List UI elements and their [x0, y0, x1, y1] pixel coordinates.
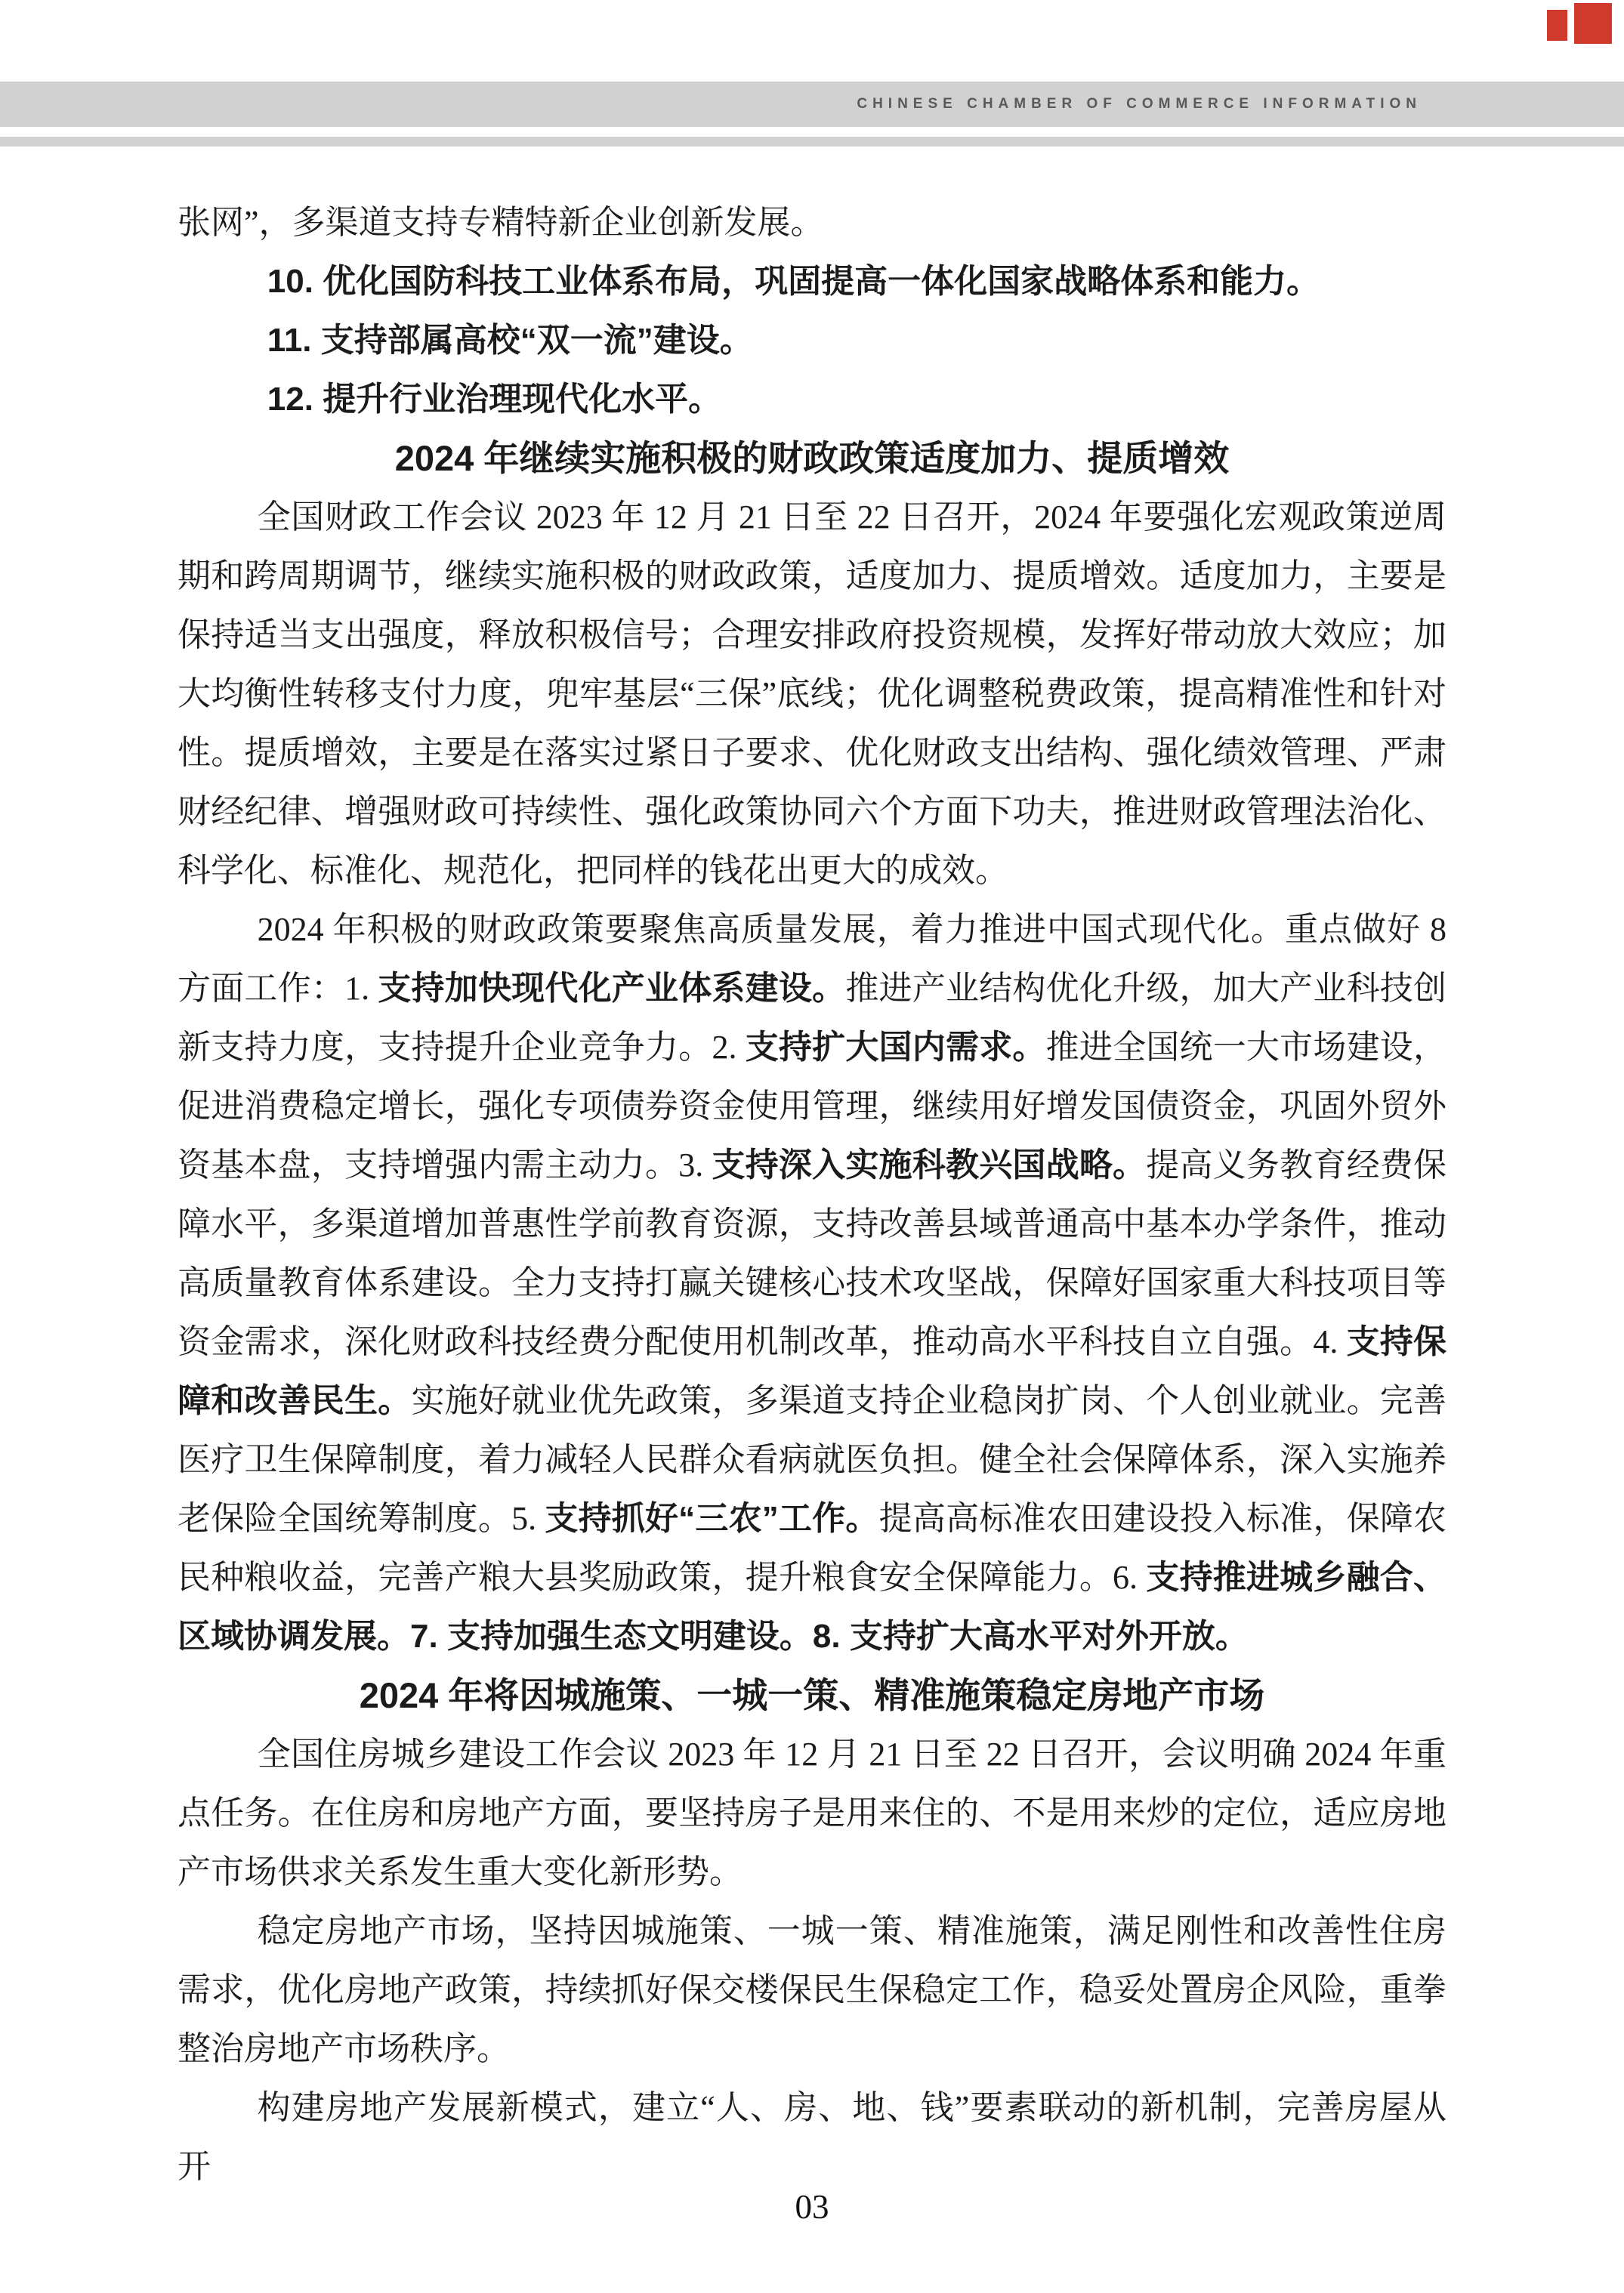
paragraph-fiscal-2: 2024 年积极的财政政策要聚焦高质量发展，着力推进中国式现代化。重点做好 8 … — [178, 900, 1446, 1666]
continued-paragraph: 张网”，多渠道支持专精特新企业创新发展。 — [178, 193, 1446, 252]
paragraph-realestate-2: 稳定房地产市场，坚持因城施策、一城一策、精准施策，满足刚性和改善性住房需求，优化… — [178, 1902, 1446, 2079]
list-item-12: 12. 提升行业治理现代化水平。 — [178, 370, 1446, 429]
section-heading-realestate: 2024 年将因城施策、一城一策、精准施策稳定房地产市场 — [178, 1666, 1446, 1725]
bold-text-run: 2024 年继续实施积极的财政政策适度加力、提质增效 — [395, 438, 1230, 478]
article-body: 张网”，多渠道支持专精特新企业创新发展。10. 优化国防科技工业体系布局，巩固提… — [178, 193, 1446, 2196]
bold-text-run: 12. 提升行业治理现代化水平。 — [267, 381, 721, 418]
bold-text-run: 2024 年将因城施策、一城一策、精准施策稳定房地产市场 — [360, 1675, 1265, 1715]
text-run: 全国住房城乡建设工作会议 2023 年 12 月 21 日至 22 日召开，会议… — [178, 1736, 1446, 1890]
bold-text-run: 支持扩大国内需求。 — [746, 1029, 1046, 1066]
red-mark-icon — [1574, 3, 1612, 44]
list-item-10: 10. 优化国防科技工业体系布局，巩固提高一体化国家战略体系和能力。 — [178, 252, 1446, 311]
document-page: CHINESE CHAMBER OF COMMERCE INFORMATION … — [0, 0, 1624, 2293]
text-run: 全国财政工作会议 2023 年 12 月 21 日至 22 日召开，2024 年… — [178, 498, 1446, 889]
red-mark-icon — [1547, 10, 1567, 41]
page-number: 03 — [0, 2184, 1624, 2230]
bold-text-run: 10. 优化国防科技工业体系布局，巩固提高一体化国家战略体系和能力。 — [267, 263, 1320, 300]
text-run: 稳定房地产市场，坚持因城施策、一城一策、精准施策，满足刚性和改善性住房需求，优化… — [178, 1912, 1446, 2067]
bold-text-run: 支持深入实施科教兴国战略。 — [712, 1146, 1146, 1184]
text-run: 构建房地产发展新模式，建立“人、房、地、钱”要素联动的新机制，完善房屋从开 — [178, 2089, 1446, 2185]
text-run: 张网”，多渠道支持专精特新企业创新发展。 — [178, 204, 824, 241]
header-bar: CHINESE CHAMBER OF COMMERCE INFORMATION — [0, 82, 1624, 127]
section-heading-fiscal: 2024 年继续实施积极的财政政策适度加力、提质增效 — [178, 429, 1446, 488]
list-item-11: 11. 支持部属高校“双一流”建设。 — [178, 311, 1446, 370]
paragraph-realestate-1: 全国住房城乡建设工作会议 2023 年 12 月 21 日至 22 日召开，会议… — [178, 1725, 1446, 1902]
masthead-title: CHINESE CHAMBER OF COMMERCE INFORMATION — [857, 96, 1422, 113]
bold-text-run: 支持加快现代化产业体系建设。 — [378, 970, 845, 1007]
paragraph-fiscal-1: 全国财政工作会议 2023 年 12 月 21 日至 22 日召开，2024 年… — [178, 488, 1446, 900]
corner-marks — [1547, 3, 1612, 44]
bold-text-run: 支持抓好“三农”工作。 — [545, 1500, 878, 1537]
bold-text-run: 11. 支持部属高校“双一流”建设。 — [267, 322, 753, 359]
paragraph-realestate-3: 构建房地产发展新模式，建立“人、房、地、钱”要素联动的新机制，完善房屋从开 — [178, 2079, 1446, 2196]
header-rule — [0, 137, 1624, 147]
